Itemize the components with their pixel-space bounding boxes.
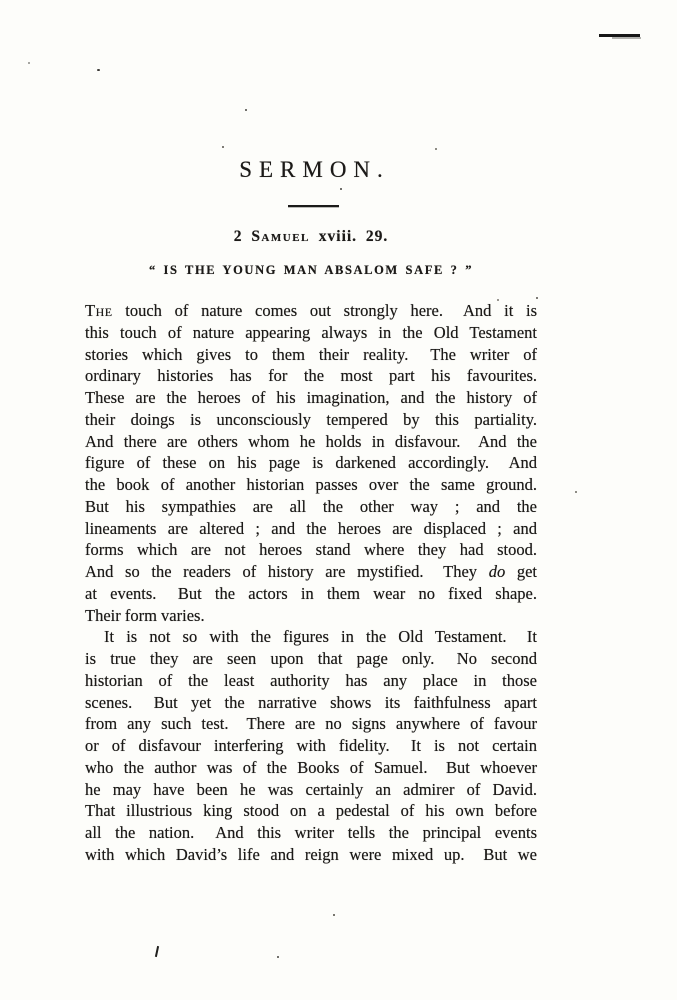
text-line: And so the readers of history are mystif… [85, 561, 537, 583]
text-line: historian of the least authority has any… [85, 670, 537, 692]
text-line: Their form varies. [85, 605, 537, 627]
text-line: These are the heroes of his imagination,… [85, 387, 537, 409]
scripture-reference: 2 Samuel xviii. 29. [85, 228, 537, 246]
scan-speck [340, 188, 342, 190]
text-line: he may have been he was certainly an adm… [85, 779, 537, 801]
text-line: who the author was of the Books of Samue… [85, 757, 537, 779]
scan-speck [28, 62, 30, 64]
text-line: with which David’s life and reign were m… [85, 844, 537, 866]
sermon-title: SERMON. [85, 157, 537, 183]
scan-mark-top-right-shadow [612, 37, 641, 39]
text-line: the book of another historian passes ove… [85, 474, 537, 496]
body-text: The touch of nature comes out strongly h… [85, 300, 537, 866]
text-line: And there are others whom he holds in di… [85, 431, 537, 453]
scan-speck [575, 491, 577, 493]
title-rule [288, 205, 339, 207]
text-line: is true they are seen upon that page onl… [85, 648, 537, 670]
text-line: It is not so with the figures in the Old… [85, 626, 537, 648]
text-line: lineaments are altered ; and the heroes … [85, 518, 537, 540]
text-line: their doings is unconsciously tempered b… [85, 409, 537, 431]
text-line: at events. But the actors in them wear n… [85, 583, 537, 605]
scan-speck [333, 914, 335, 916]
text-line: stories which gives to them their realit… [85, 344, 537, 366]
text-line: But his sympathies are all the other way… [85, 496, 537, 518]
text-line: from any such test. There are no signs a… [85, 713, 537, 735]
scan-speck [245, 109, 247, 111]
text-line: this touch of nature appearing always in… [85, 322, 537, 344]
text-line: scenes. But yet the narrative shows its … [85, 692, 537, 714]
scan-speck [435, 148, 437, 150]
text-line: ordinary histories has for the most part… [85, 365, 537, 387]
text-line: or of disfavour interfering with fidelit… [85, 735, 537, 757]
text-line: all the nation. And this writer tells th… [85, 822, 537, 844]
scan-speck [536, 297, 538, 299]
text-line: forms which are not heroes stand where t… [85, 539, 537, 561]
text-line: That illustrious king stood on a pedesta… [85, 800, 537, 822]
scan-speck [97, 69, 100, 71]
sermon-quote: “ IS THE YOUNG MAN ABSALOM SAFE ? ” [85, 263, 537, 278]
scan-mark-slash [155, 946, 159, 957]
scanned-book-page: SERMON. 2 Samuel xviii. 29. “ IS THE YOU… [0, 0, 677, 1000]
text-line: figure of these on his page is darkened … [85, 452, 537, 474]
text-line: The touch of nature comes out strongly h… [85, 300, 537, 322]
scan-speck [277, 956, 279, 958]
scan-speck [222, 146, 224, 148]
